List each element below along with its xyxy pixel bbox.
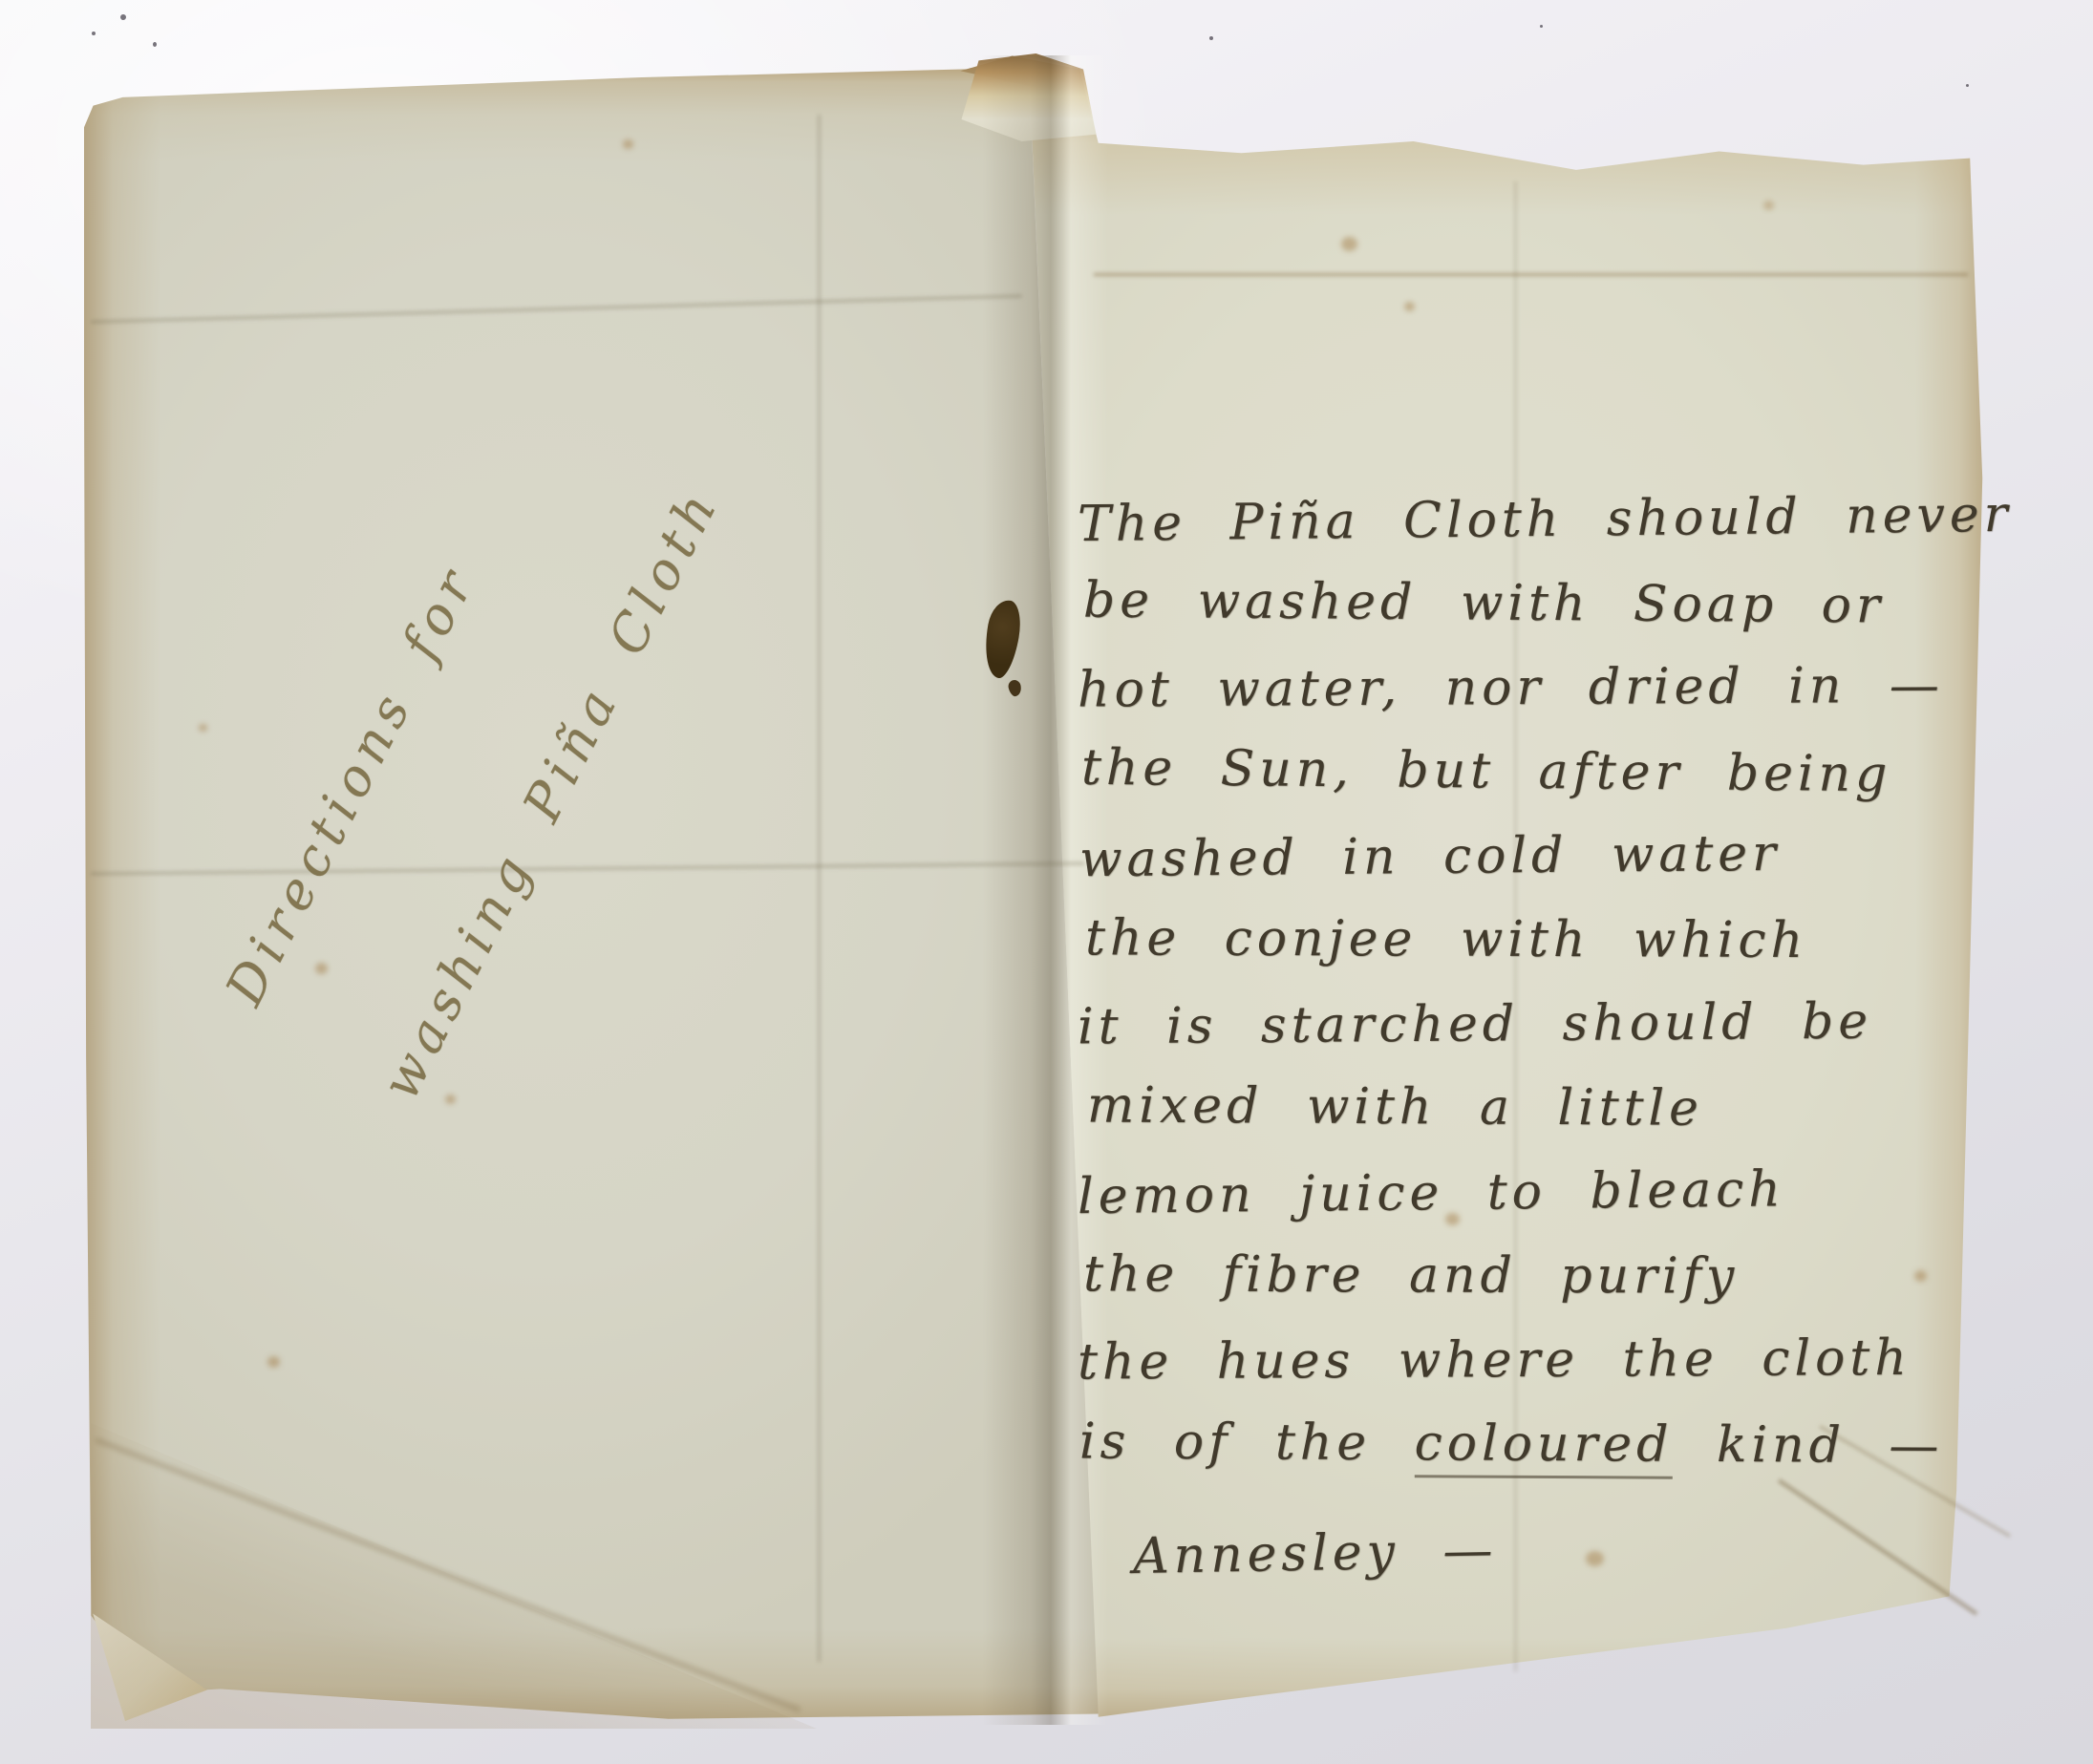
closing-suffix: kind — [1673,1416,1943,1475]
manuscript-closing-line: is of the coloured kind — [1079,1399,2009,1488]
foxing-spot [199,724,207,732]
underlined-word: coloured [1414,1414,1673,1478]
dust-speck [1540,25,1543,28]
manuscript-line: The Piña Cloth should never [1078,473,2010,566]
manuscript-line: washed in cold water [1079,810,2010,902]
manuscript-line: the Sun, but after being [1081,726,2010,818]
dust-speck [1966,84,1969,87]
dust-speck [120,14,126,20]
closing-prefix: is of the [1079,1413,1415,1472]
manuscript-line: the fibre and purify [1083,1232,2009,1319]
foxing-spot [1341,237,1357,251]
dust-speck [1209,36,1213,40]
manuscript-text: The Piña Cloth should never be washed wi… [1078,478,2009,1591]
foxing-spot [1763,201,1774,210]
dust-speck [153,42,157,47]
foxing-spot [623,139,633,149]
manuscript-line: the hues where the cloth [1078,1315,2009,1404]
dust-speck [92,32,96,35]
manuscript-line: the conjee with which [1085,896,2009,983]
manuscript-line: be washed with Soap or [1083,559,2010,649]
manuscript-line: mixed with a little [1087,1063,2009,1152]
signature-flourish: Annesley — [1132,1499,2009,1599]
manuscript-line: it is starched should be [1078,979,2010,1070]
manuscript-line: lemon juice to bleach [1078,1145,2010,1239]
foxing-spot [1404,302,1415,311]
manuscript-line: hot water, nor dried in — [1078,643,2009,732]
foxing-spot [267,1356,280,1368]
photo-background: The Piña Cloth should never be washed wi… [0,0,2093,1764]
